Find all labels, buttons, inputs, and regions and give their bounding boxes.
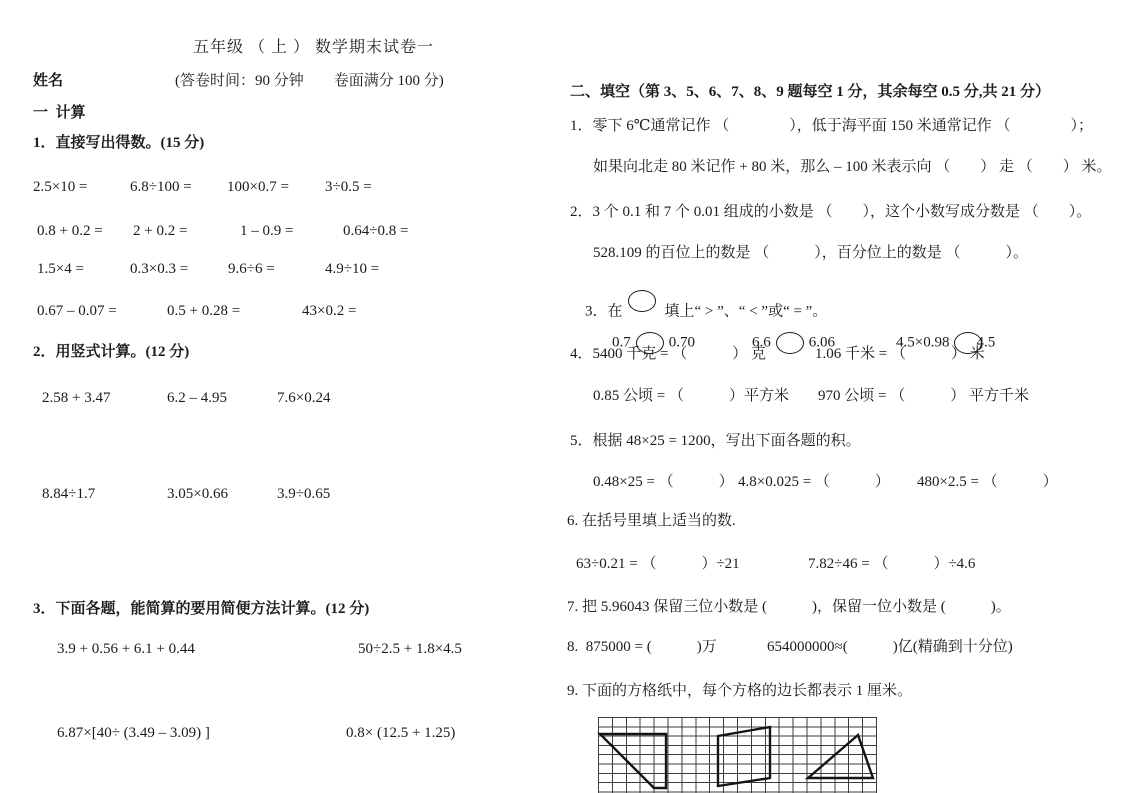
q1-expression: 0.67 – 0.07 =: [37, 301, 117, 321]
q2-expression: 6.2 – 4.95: [167, 388, 227, 408]
fill-q4-cell: 4．5400 千克 = （ ） 克: [570, 344, 766, 364]
fill-q6-heading: 6. 在括号里填上适当的数.: [567, 511, 736, 531]
name-label: 姓名: [33, 71, 63, 91]
q3-expression: 50÷2.5 + 1.8×4.5: [358, 639, 462, 659]
q2-expression: 7.6×0.24: [277, 388, 330, 408]
fill-q7-line: 7. 把 5.96043 保留三位小数是 ( )，保留一位小数是 ( )。: [567, 597, 1011, 617]
q3-expression: 0.8× (12.5 + 1.25): [346, 723, 455, 743]
shape-right-trapezoid: [600, 734, 666, 788]
q3-expression: 6.87×[40÷ (3.49 – 3.09) ]: [57, 723, 210, 743]
fill-q8-cell: 654000000≈( )亿(精确到十分位): [767, 637, 1013, 657]
exam-title: 五年级 （ 上 ） 数学期末试卷一: [193, 38, 434, 58]
q2-expression: 2.58 + 3.47: [42, 388, 110, 408]
q1-expression: 9.6÷6 =: [228, 259, 275, 279]
fill-q5-cell: 480×2.5 = （ ）: [917, 472, 1058, 492]
fill-q4-cell: 1.06 千米 = （ ） 米: [815, 344, 985, 364]
q1-expression: 0.8 + 0.2 =: [37, 221, 103, 241]
fill-q5-heading: 5．根据 48×25 = 1200，写出下面各题的积。: [570, 431, 861, 451]
fill-q2-line1: 2．3 个 0.1 和 7 个 0.01 组成的小数是 （ ），这个小数写成分数…: [570, 202, 1091, 222]
calc-section-heading: 一 计算: [33, 103, 86, 123]
grid-paper: [598, 717, 877, 793]
q1-expression: 100×0.7 =: [227, 177, 289, 197]
comparison-group: 0.70.70: [597, 312, 695, 374]
fill-section-heading: 二、填空（第 3、5、6、7、8、9 题每空 1 分，其余每空 0.5 分,共 …: [570, 82, 1050, 102]
q2-expression: 3.05×0.66: [167, 484, 228, 504]
fill-q8-cell: 8. 875000 = ( )万: [567, 637, 717, 657]
q1-expression: 1.5×4 =: [37, 259, 84, 279]
comparison-group: 6.66.06: [737, 312, 835, 374]
shape-triangle: [808, 735, 873, 778]
fill-q6-cell: 7.82÷46 = （ ）÷4.6: [808, 554, 975, 574]
q3-heading: 3．下面各题，能简算的要用简便方法计算。(12 分): [33, 599, 369, 619]
q1-expression: 43×0.2 =: [302, 301, 356, 321]
fill-q1-line2: 如果向北走 80 米记作 + 80 米，那么 – 100 米表示向 （ ） 走 …: [593, 157, 1111, 177]
q1-expression: 0.3×0.3 =: [130, 259, 188, 279]
q1-expression: 3÷0.5 =: [325, 177, 372, 197]
shape-parallelogram: [718, 727, 770, 786]
exam-info: (答卷时间：90 分钟 卷面满分 100 分): [175, 71, 444, 91]
blank-oval-icon: [628, 290, 656, 312]
q1-expression: 6.8÷100 =: [130, 177, 192, 197]
q1-expression: 1 – 0.9 =: [240, 221, 293, 241]
q2-expression: 8.84÷1.7: [42, 484, 95, 504]
fill-q1-line1: 1．零下 6℃通常记作 （ ），低于海平面 150 米通常记作 （ ）；: [570, 116, 1093, 136]
fill-q9-line: 9. 下面的方格纸中，每个方格的边长都表示 1 厘米。: [567, 681, 912, 701]
fill-q5-cell: 0.48×25 = （ ）: [593, 472, 734, 492]
fill-q4-cell: 0.85 公顷 = （ ）平方米: [593, 386, 789, 406]
q1-expression: 4.9÷10 =: [325, 259, 379, 279]
fill-q4-cell: 970 公顷 = （ ） 平方千米: [818, 386, 1029, 406]
fill-q6-cell: 63÷0.21 = （ ）÷21: [576, 554, 740, 574]
exam-sheet: 五年级 （ 上 ） 数学期末试卷一 姓名 (答卷时间：90 分钟 卷面满分 10…: [0, 0, 1122, 793]
q1-expression: 0.64÷0.8 =: [343, 221, 408, 241]
compare-oval-icon: [776, 332, 804, 354]
grid-shapes: [598, 717, 877, 793]
q2-expression: 3.9÷0.65: [277, 484, 330, 504]
q2-heading: 2．用竖式计算。(12 分): [33, 342, 189, 362]
fill-q2-line2: 528.109 的百位上的数是 （ ），百分位上的数是 （ ）。: [593, 243, 1028, 263]
q3-expression: 3.9 + 0.56 + 6.1 + 0.44: [57, 639, 195, 659]
q1-expression: 0.5 + 0.28 =: [167, 301, 240, 321]
comparison-group: 4.5×0.984.5: [881, 312, 995, 374]
q1-heading: 1．直接写出得数。(15 分): [33, 133, 204, 153]
q1-expression: 2 + 0.2 =: [133, 221, 187, 241]
fill-q5-cell: 4.8×0.025 = （ ）: [738, 472, 890, 492]
q1-expression: 2.5×10 =: [33, 177, 87, 197]
